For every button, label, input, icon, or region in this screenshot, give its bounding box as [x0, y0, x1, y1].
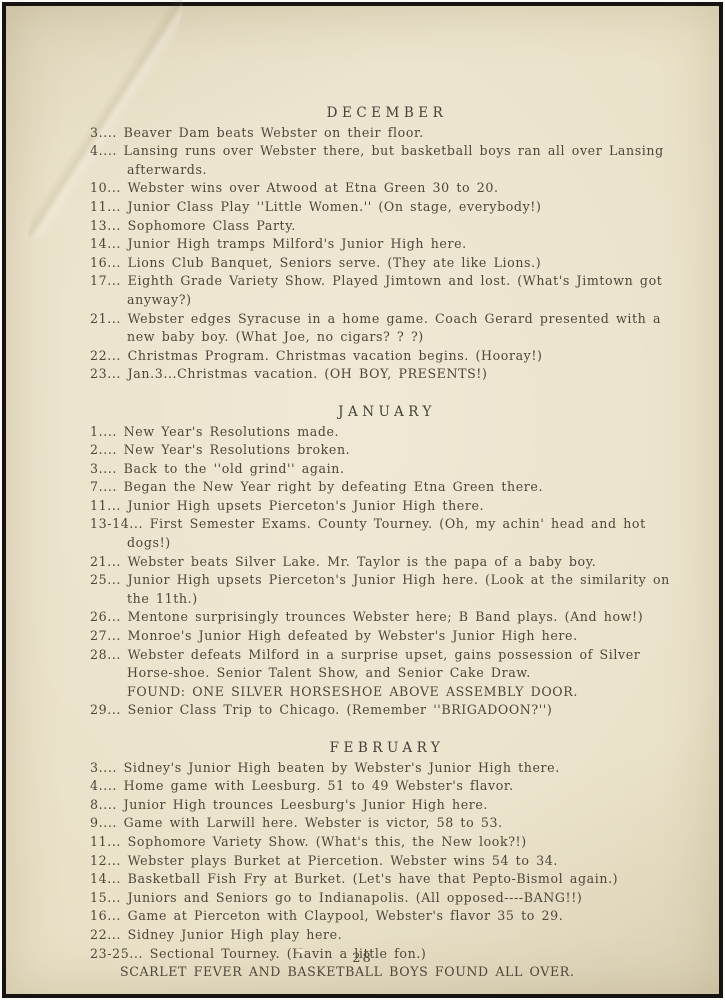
calendar-entry: 27... Monroe's Junior High defeated by W… — [90, 627, 670, 646]
calendar-entry: 11... Junior High upsets Pierceton's Jun… — [90, 497, 670, 516]
calendar-entry: 29... Senior Class Trip to Chicago. (Rem… — [90, 701, 670, 720]
entry-day: 3.... — [90, 125, 117, 140]
calendar-entry: 1.... New Year's Resolutions made. — [90, 423, 670, 442]
entry-day: 3.... — [90, 760, 117, 775]
entry-day: 3.... — [90, 461, 117, 476]
entry-text: SCARLET FEVER AND BASKETBALL BOYS FOUND … — [120, 964, 574, 979]
entry-day: 28... — [90, 647, 121, 662]
entry-text: Sophomore Class Party. — [128, 218, 296, 233]
entry-text: Began the New Year right by defeating Et… — [124, 479, 543, 494]
entry-day: 13-14... — [90, 516, 143, 531]
entry-day: 14... — [90, 871, 121, 886]
entry-text: Beaver Dam beats Webster on their floor. — [124, 125, 424, 140]
calendar-entry: 14... Basketball Fish Fry at Burket. (Le… — [90, 870, 670, 889]
calendar-entry: 16... Game at Pierceton with Claypool, W… — [90, 907, 670, 926]
entry-day: 13... — [90, 218, 121, 233]
month-heading: FEBRUARY — [90, 739, 670, 758]
calendar-entry: 11... Sophomore Variety Show. (What's th… — [90, 833, 670, 852]
calendar-entry: 17... Eighth Grade Variety Show. Played … — [90, 272, 670, 309]
entry-day: 4.... — [90, 778, 117, 793]
month-section-december: DECEMBER3.... Beaver Dam beats Webster o… — [90, 104, 670, 384]
calendar-entry: 28... Webster defeats Milford in a surpr… — [90, 646, 670, 683]
entry-day: 17... — [90, 273, 121, 288]
entry-day: 11... — [90, 199, 121, 214]
entry-text: Junior High tramps Milford's Junior High… — [128, 236, 467, 251]
calendar-entry: 14... Junior High tramps Milford's Junio… — [90, 235, 670, 254]
calendar-entry: 21... Webster edges Syracuse in a home g… — [90, 310, 670, 347]
calendar-entry: 8.... Junior High trounces Leesburg's Ju… — [90, 796, 670, 815]
entry-text: Mentone surprisingly trounces Webster he… — [128, 609, 644, 624]
entry-text: Webster edges Syracuse in a home game. C… — [127, 311, 661, 345]
entry-text: Senior Class Trip to Chicago. (Remember … — [128, 702, 553, 717]
entry-day: 2.... — [90, 442, 117, 457]
calendar-entry: 12... Webster plays Burket at Piercetion… — [90, 852, 670, 871]
entry-text: Sidney Junior High play here. — [128, 927, 343, 942]
entry-text: Junior High upsets Pierceton's Junior Hi… — [128, 498, 484, 513]
entry-day: 14... — [90, 236, 121, 251]
entry-text: Webster defeats Milford in a surprise up… — [127, 647, 640, 681]
entry-text: Jan.3...Christmas vacation. (OH BOY, PRE… — [128, 366, 488, 381]
entry-day: 7.... — [90, 479, 117, 494]
entry-day: 22... — [90, 927, 121, 942]
calendar-content: DECEMBER3.... Beaver Dam beats Webster o… — [90, 104, 670, 982]
entry-text: Webster plays Burket at Piercetion. Webs… — [128, 853, 558, 868]
entry-text: First Semester Exams. County Tourney. (O… — [127, 516, 646, 550]
calendar-entry: 13... Sophomore Class Party. — [90, 217, 670, 236]
calendar-entry: 16... Lions Club Banquet, Seniors serve.… — [90, 254, 670, 273]
entry-day: 29... — [90, 702, 121, 717]
entry-day: 11... — [90, 498, 121, 513]
calendar-entry: 3.... Back to the ''old grind'' again. — [90, 460, 670, 479]
calendar-entry: 2.... New Year's Resolutions broken. — [90, 441, 670, 460]
entry-text: Game with Larwill here. Webster is victo… — [124, 815, 503, 830]
calendar-entry: 9.... Game with Larwill here. Webster is… — [90, 814, 670, 833]
calendar-entry: 7.... Began the New Year right by defeat… — [90, 478, 670, 497]
entry-day: 4.... — [90, 143, 117, 158]
entry-day: 16... — [90, 908, 121, 923]
entry-text: Back to the ''old grind'' again. — [124, 461, 345, 476]
entry-day: 8.... — [90, 797, 117, 812]
calendar-entry: 26... Mentone surprisingly trounces Webs… — [90, 608, 670, 627]
entry-text: Sophomore Variety Show. (What's this, th… — [128, 834, 527, 849]
entry-text: FOUND: ONE SILVER HORSESHOE ABOVE ASSEMB… — [127, 684, 578, 699]
entry-day: 15... — [90, 890, 121, 905]
calendar-entry: 4.... Home game with Leesburg. 51 to 49 … — [90, 777, 670, 796]
entry-text: Lions Club Banquet, Seniors serve. (They… — [128, 255, 542, 270]
calendar-entry: 4.... Lansing runs over Webster there, b… — [90, 142, 670, 179]
entry-day: 12... — [90, 853, 121, 868]
entry-text: Sidney's Junior High beaten by Webster's… — [124, 760, 560, 775]
calendar-entry: 3.... Beaver Dam beats Webster on their … — [90, 124, 670, 143]
page-number: 28 — [6, 951, 719, 966]
scanned-yearbook-page: DECEMBER3.... Beaver Dam beats Webster o… — [2, 2, 723, 998]
calendar-entry: 25... Junior High upsets Pierceton's Jun… — [90, 571, 670, 608]
entry-text: Junior Class Play ''Little Women.'' (On … — [128, 199, 542, 214]
entry-text: Webster wins over Atwood at Etna Green 3… — [128, 180, 499, 195]
entry-text: Basketball Fish Fry at Burket. (Let's ha… — [128, 871, 619, 886]
entry-text: New Year's Resolutions made. — [124, 424, 340, 439]
entry-text: Junior High trounces Leesburg's Junior H… — [124, 797, 488, 812]
calendar-entry: 10... Webster wins over Atwood at Etna G… — [90, 179, 670, 198]
entry-day: 27... — [90, 628, 121, 643]
calendar-entry: FOUND: ONE SILVER HORSESHOE ABOVE ASSEMB… — [90, 683, 670, 702]
entry-day: 1.... — [90, 424, 117, 439]
month-heading: DECEMBER — [90, 104, 670, 123]
entry-text: Game at Pierceton with Claypool, Webster… — [128, 908, 564, 923]
entry-text: Christmas Program. Christmas vacation be… — [128, 348, 543, 363]
entry-text: Eighth Grade Variety Show. Played Jimtow… — [127, 273, 662, 307]
calendar-entry: 21... Webster beats Silver Lake. Mr. Tay… — [90, 553, 670, 572]
month-heading: JANUARY — [90, 403, 670, 422]
calendar-entry: 22... Christmas Program. Christmas vacat… — [90, 347, 670, 366]
entry-day: 9.... — [90, 815, 117, 830]
entry-day: 26... — [90, 609, 121, 624]
paper-speck — [299, 949, 303, 953]
calendar-entry: 23... Jan.3...Christmas vacation. (OH BO… — [90, 365, 670, 384]
month-section-january: JANUARY1.... New Year's Resolutions made… — [90, 403, 670, 720]
entry-day: 23... — [90, 366, 121, 381]
entry-day: 10... — [90, 180, 121, 195]
entry-text: Webster beats Silver Lake. Mr. Taylor is… — [128, 554, 597, 569]
entry-text: Junior High upsets Pierceton's Junior Hi… — [127, 572, 670, 606]
month-section-february: FEBRUARY3.... Sidney's Junior High beate… — [90, 739, 670, 982]
entry-day: 21... — [90, 311, 121, 326]
entry-text: Home game with Leesburg. 51 to 49 Webste… — [124, 778, 514, 793]
calendar-entry: 22... Sidney Junior High play here. — [90, 926, 670, 945]
entry-text: Monroe's Junior High defeated by Webster… — [128, 628, 578, 643]
entry-text: New Year's Resolutions broken. — [124, 442, 351, 457]
entry-day: 11... — [90, 834, 121, 849]
calendar-entry: 15... Juniors and Seniors go to Indianap… — [90, 889, 670, 908]
entry-day: 22... — [90, 348, 121, 363]
entry-day: 25... — [90, 572, 121, 587]
entry-day: 16... — [90, 255, 121, 270]
entry-day: 21... — [90, 554, 121, 569]
calendar-entry: 3.... Sidney's Junior High beaten by Web… — [90, 759, 670, 778]
calendar-entry: 11... Junior Class Play ''Little Women.'… — [90, 198, 670, 217]
entry-text: Lansing runs over Webster there, but bas… — [124, 143, 664, 177]
calendar-entry: 13-14... First Semester Exams. County To… — [90, 515, 670, 552]
entry-text: Juniors and Seniors go to Indianapolis. … — [128, 890, 583, 905]
